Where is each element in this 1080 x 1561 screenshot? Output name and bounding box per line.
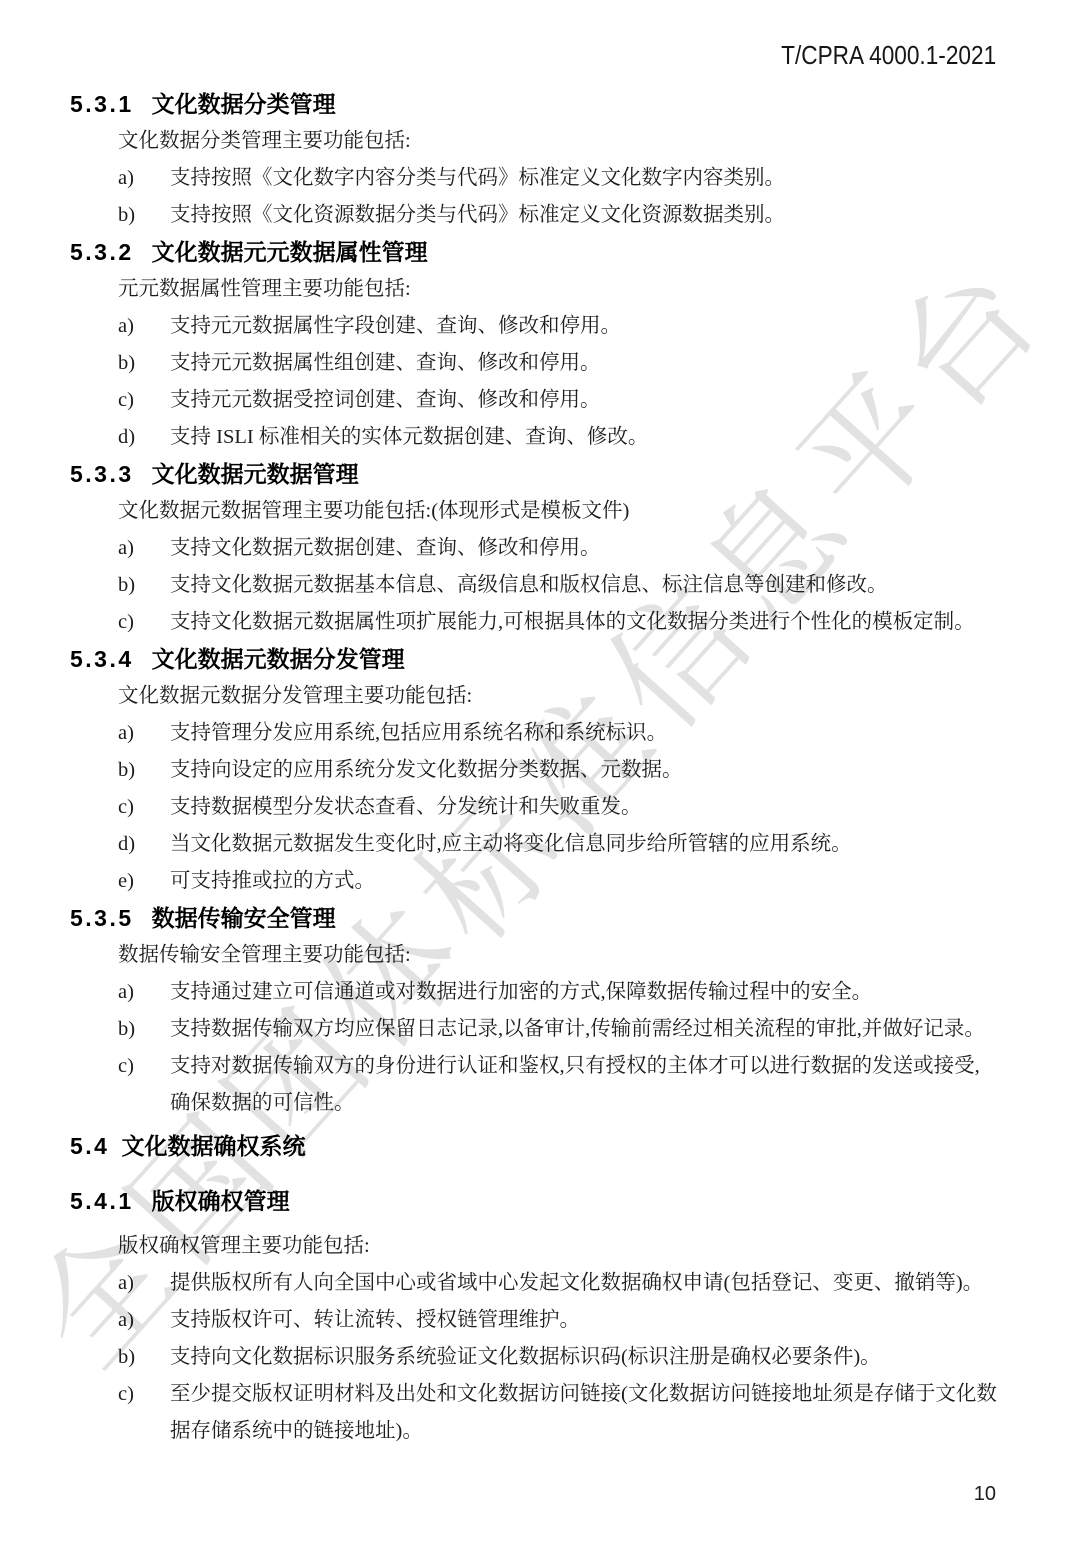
item-label: a) — [118, 715, 170, 752]
list-item: a) 支持文化数据元数据创建、查询、修改和停用。 — [118, 530, 1032, 567]
list-item: c) 至少提交版权证明材料及出处和文化数据访问链接(文化数据访问链接地址须是存储… — [118, 1376, 1032, 1450]
item-text: 支持管理分发应用系统,包括应用系统名称和系统标识。 — [170, 715, 1032, 752]
section-intro: 文化数据元数据管理主要功能包括:(体现形式是模板文件) — [118, 493, 1032, 530]
list-item: e) 可支持推或拉的方式。 — [118, 863, 1032, 900]
section-heading: 5.4 文化数据确权系统 — [70, 1128, 1032, 1165]
item-label: c) — [118, 1376, 170, 1450]
list-item: b) 支持向文化数据标识服务系统验证文化数据标识码(标识注册是确权必要条件)。 — [118, 1339, 1032, 1376]
item-text: 支持按照《文化资源数据分类与代码》标准定义文化资源数据类别。 — [170, 197, 1032, 234]
section-number: 5.3.5 — [70, 900, 134, 937]
list-item: c) 支持数据模型分发状态查看、分发统计和失败重发。 — [118, 789, 1032, 826]
item-label: b) — [118, 345, 170, 382]
item-text: 支持通过建立可信通道或对数据进行加密的方式,保障数据传输过程中的安全。 — [170, 974, 1032, 1011]
section-5-3-2: 5.3.2 文化数据元元数据属性管理 元元数据属性管理主要功能包括: a) 支持… — [70, 234, 1032, 456]
item-text: 当文化数据元数据发生变化时,应主动将变化信息同步给所管辖的应用系统。 — [170, 826, 1032, 863]
section-item-list: a) 支持按照《文化数字内容分类与代码》标准定义文化数字内容类别。 b) 支持按… — [70, 160, 1032, 234]
item-text: 提供版权所有人向全国中心或省域中心发起文化数据确权申请(包括登记、变更、撤销等)… — [170, 1265, 1032, 1302]
list-item: b) 支持文化数据元数据基本信息、高级信息和版权信息、标注信息等创建和修改。 — [118, 567, 1032, 604]
list-item: b) 支持数据传输双方均应保留日志记录,以备审计,传输前需经过相关流程的审批,并… — [118, 1011, 1032, 1048]
section-heading: 5.3.5 数据传输安全管理 — [70, 900, 1032, 937]
list-item: b) 支持按照《文化资源数据分类与代码》标准定义文化资源数据类别。 — [118, 197, 1032, 234]
item-text: 支持版权许可、转让流转、授权链管理维护。 — [170, 1302, 1032, 1339]
item-label: d) — [118, 419, 170, 456]
section-heading: 5.4.1 版权确权管理 — [70, 1183, 1032, 1220]
section-title: 数据传输安全管理 — [152, 900, 336, 937]
section-5-3-5: 5.3.5 数据传输安全管理 数据传输安全管理主要功能包括: a) 支持通过建立… — [70, 900, 1032, 1122]
list-item: c) 支持文化数据元数据属性项扩展能力,可根据具体的文化数据分类进行个性化的模板… — [118, 604, 1032, 641]
section-item-list: a) 提供版权所有人向全国中心或省域中心发起文化数据确权申请(包括登记、变更、撤… — [70, 1265, 1032, 1450]
section-item-list: a) 支持文化数据元数据创建、查询、修改和停用。 b) 支持文化数据元数据基本信… — [70, 530, 1032, 641]
item-text: 支持元元数据受控词创建、查询、修改和停用。 — [170, 382, 1032, 419]
item-text: 支持数据传输双方均应保留日志记录,以备审计,传输前需经过相关流程的审批,并做好记… — [170, 1011, 1032, 1048]
standard-number-header: T/CPRA 4000.1-2021 — [781, 40, 996, 71]
section-item-list: a) 支持管理分发应用系统,包括应用系统名称和系统标识。 b) 支持向设定的应用… — [70, 715, 1032, 900]
item-text: 支持向文化数据标识服务系统验证文化数据标识码(标识注册是确权必要条件)。 — [170, 1339, 1032, 1376]
section-title: 文化数据元数据管理 — [152, 456, 359, 493]
section-5-3-1: 5.3.1 文化数据分类管理 文化数据分类管理主要功能包括: a) 支持按照《文… — [70, 86, 1032, 234]
item-text: 支持向设定的应用系统分发文化数据分类数据、元数据。 — [170, 752, 1032, 789]
section-heading: 5.3.3 文化数据元数据管理 — [70, 456, 1032, 493]
list-item: a) 支持按照《文化数字内容分类与代码》标准定义文化数字内容类别。 — [118, 160, 1032, 197]
section-number: 5.3.4 — [70, 641, 134, 678]
list-item: c) 支持元元数据受控词创建、查询、修改和停用。 — [118, 382, 1032, 419]
document-body: 5.3.1 文化数据分类管理 文化数据分类管理主要功能包括: a) 支持按照《文… — [70, 86, 1032, 1450]
item-label: a) — [118, 1265, 170, 1302]
section-number: 5.3.2 — [70, 234, 134, 271]
item-label: a) — [118, 160, 170, 197]
list-item: d) 当文化数据元数据发生变化时,应主动将变化信息同步给所管辖的应用系统。 — [118, 826, 1032, 863]
section-number: 5.4.1 — [70, 1183, 134, 1220]
list-item: c) 支持对数据传输双方的身份进行认证和鉴权,只有授权的主体才可以进行数据的发送… — [118, 1048, 1032, 1122]
item-label: a) — [118, 530, 170, 567]
section-5-3-4: 5.3.4 文化数据元数据分发管理 文化数据元数据分发管理主要功能包括: a) … — [70, 641, 1032, 900]
section-title: 文化数据元数据分发管理 — [152, 641, 405, 678]
list-item: b) 支持元元数据属性组创建、查询、修改和停用。 — [118, 345, 1032, 382]
list-item: a) 支持元元数据属性字段创建、查询、修改和停用。 — [118, 308, 1032, 345]
item-label: a) — [118, 308, 170, 345]
item-text: 至少提交版权证明材料及出处和文化数据访问链接(文化数据访问链接地址须是存储于文化… — [170, 1376, 1032, 1450]
section-5-4: 5.4 文化数据确权系统 — [70, 1128, 1032, 1165]
item-text: 支持数据模型分发状态查看、分发统计和失败重发。 — [170, 789, 1032, 826]
item-text: 可支持推或拉的方式。 — [170, 863, 1032, 900]
item-text: 支持文化数据元数据创建、查询、修改和停用。 — [170, 530, 1032, 567]
item-label: b) — [118, 752, 170, 789]
item-text: 支持文化数据元数据属性项扩展能力,可根据具体的文化数据分类进行个性化的模板定制。 — [170, 604, 1032, 641]
section-5-3-3: 5.3.3 文化数据元数据管理 文化数据元数据管理主要功能包括:(体现形式是模板… — [70, 456, 1032, 641]
item-label: b) — [118, 1011, 170, 1048]
section-number: 5.3.1 — [70, 86, 134, 123]
list-item: a) 支持通过建立可信通道或对数据进行加密的方式,保障数据传输过程中的安全。 — [118, 974, 1032, 1011]
item-text: 支持元元数据属性字段创建、查询、修改和停用。 — [170, 308, 1032, 345]
section-heading: 5.3.2 文化数据元元数据属性管理 — [70, 234, 1032, 271]
item-text: 支持元元数据属性组创建、查询、修改和停用。 — [170, 345, 1032, 382]
item-label: c) — [118, 1048, 170, 1122]
item-text: 支持按照《文化数字内容分类与代码》标准定义文化数字内容类别。 — [170, 160, 1032, 197]
list-item: b) 支持向设定的应用系统分发文化数据分类数据、元数据。 — [118, 752, 1032, 789]
item-text: 支持对数据传输双方的身份进行认证和鉴权,只有授权的主体才可以进行数据的发送或接受… — [170, 1048, 1032, 1122]
item-label: e) — [118, 863, 170, 900]
item-label: d) — [118, 826, 170, 863]
list-item: a) 支持版权许可、转让流转、授权链管理维护。 — [118, 1302, 1032, 1339]
section-title: 文化数据确权系统 — [121, 1128, 305, 1165]
section-number: 5.4 — [70, 1128, 109, 1165]
list-item: a) 提供版权所有人向全国中心或省域中心发起文化数据确权申请(包括登记、变更、撤… — [118, 1265, 1032, 1302]
section-title: 文化数据元元数据属性管理 — [152, 234, 428, 271]
section-number: 5.3.3 — [70, 456, 134, 493]
section-item-list: a) 支持通过建立可信通道或对数据进行加密的方式,保障数据传输过程中的安全。 b… — [70, 974, 1032, 1122]
section-5-4-1: 5.4.1 版权确权管理 版权确权管理主要功能包括: a) 提供版权所有人向全国… — [70, 1183, 1032, 1450]
section-intro: 版权确权管理主要功能包括: — [118, 1228, 1032, 1265]
item-text: 支持 ISLI 标准相关的实体元数据创建、查询、修改。 — [170, 419, 1032, 456]
section-heading: 5.3.4 文化数据元数据分发管理 — [70, 641, 1032, 678]
section-item-list: a) 支持元元数据属性字段创建、查询、修改和停用。 b) 支持元元数据属性组创建… — [70, 308, 1032, 456]
item-label: a) — [118, 1302, 170, 1339]
section-intro: 元元数据属性管理主要功能包括: — [118, 271, 1032, 308]
item-label: a) — [118, 974, 170, 1011]
list-item: a) 支持管理分发应用系统,包括应用系统名称和系统标识。 — [118, 715, 1032, 752]
section-intro: 文化数据分类管理主要功能包括: — [118, 123, 1032, 160]
item-label: c) — [118, 789, 170, 826]
item-text: 支持文化数据元数据基本信息、高级信息和版权信息、标注信息等创建和修改。 — [170, 567, 1032, 604]
section-title: 版权确权管理 — [152, 1183, 290, 1220]
section-title: 文化数据分类管理 — [152, 86, 336, 123]
item-label: c) — [118, 604, 170, 641]
section-intro: 数据传输安全管理主要功能包括: — [118, 937, 1032, 974]
item-label: b) — [118, 197, 170, 234]
document-page: 全国团体标准信息平台 T/CPRA 4000.1-2021 5.3.1 文化数据… — [0, 0, 1080, 1561]
item-label: c) — [118, 382, 170, 419]
item-label: b) — [118, 1339, 170, 1376]
item-label: b) — [118, 567, 170, 604]
section-heading: 5.3.1 文化数据分类管理 — [70, 86, 1032, 123]
list-item: d) 支持 ISLI 标准相关的实体元数据创建、查询、修改。 — [118, 419, 1032, 456]
page-number: 10 — [974, 1483, 996, 1506]
section-intro: 文化数据元数据分发管理主要功能包括: — [118, 678, 1032, 715]
